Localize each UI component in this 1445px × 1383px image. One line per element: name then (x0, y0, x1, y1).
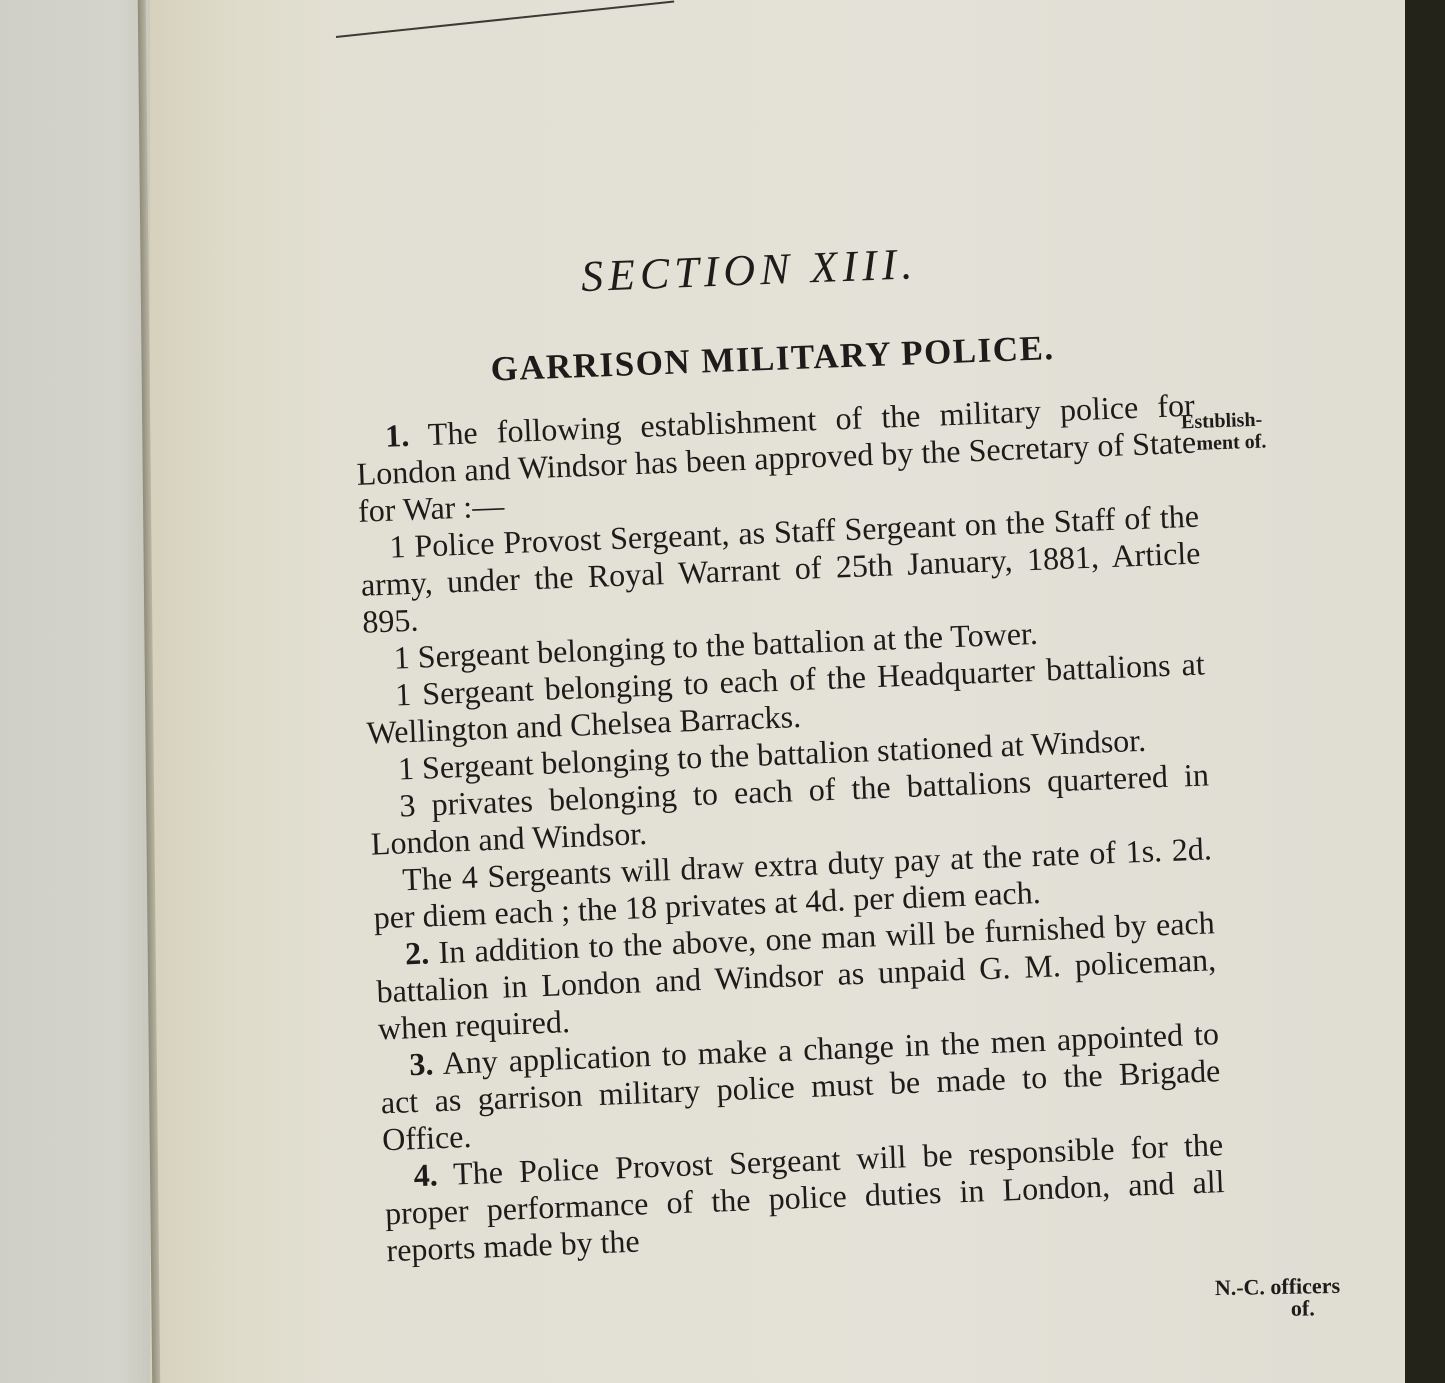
page-text-block: SECTION XIII. GARRISON MILITARY POLICE. … (350, 268, 1227, 1270)
paragraph-number: 3. (409, 1045, 434, 1082)
margin-note-line: of. (1215, 1297, 1341, 1321)
left-page (0, 0, 150, 1383)
page-edge-shadow (1405, 0, 1445, 1383)
paragraph-number: 2. (404, 934, 429, 971)
margin-note-establishment: Estıblish- ment of. (1177, 408, 1266, 455)
margin-note-line: Estıblish- (1177, 408, 1266, 433)
page-heading: GARRISON MILITARY POLICE. (352, 323, 1193, 395)
paragraph-number: 4. (413, 1156, 438, 1193)
margin-note-line: ment of. (1178, 430, 1267, 455)
margin-note-nc-officers: N.-C. officers of. (1215, 1275, 1341, 1321)
paragraph-number: 1. (385, 417, 410, 454)
margin-note-line: N.-C. officers (1215, 1275, 1341, 1299)
